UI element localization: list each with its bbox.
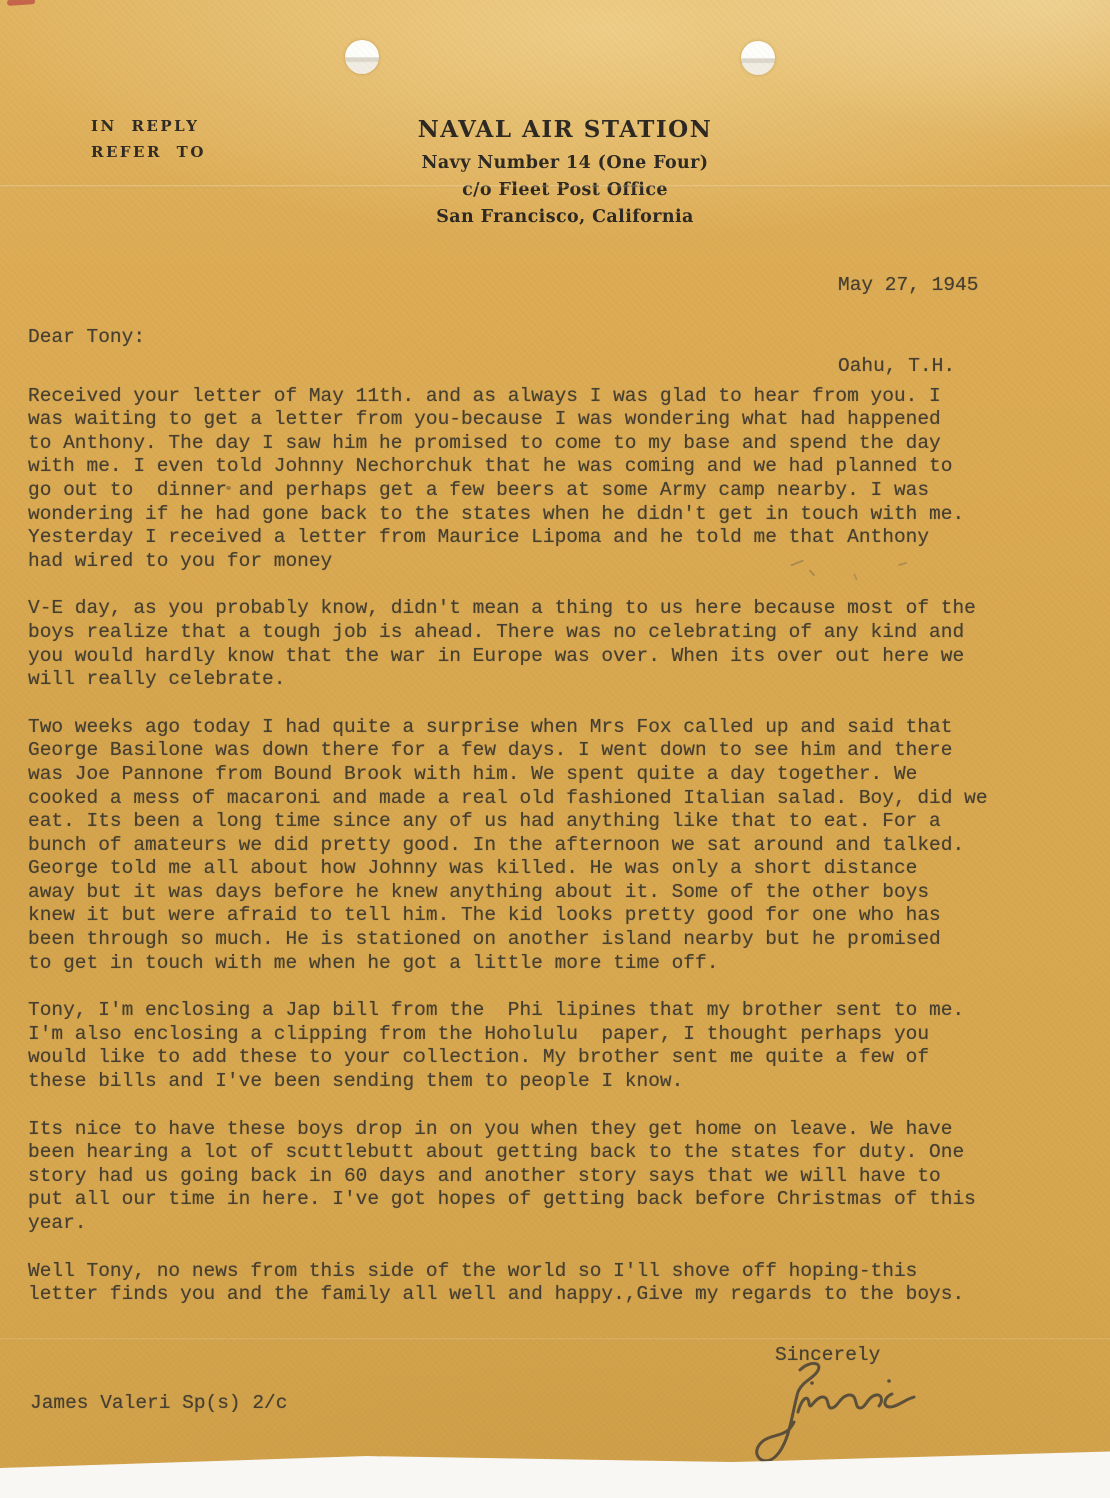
letter-paragraph-5: Its nice to have these boys drop in on y…: [28, 1118, 1078, 1236]
letter-paragraph-6: Well Tony, no news from this side of the…: [28, 1260, 1078, 1307]
letter-paragraph-2: V-E day, as you probably know, didn't me…: [28, 597, 1078, 691]
salutation: Dear Tony:: [28, 326, 1078, 350]
city-line: San Francisco, California: [330, 204, 800, 231]
reply-note-line1: IN REPLY: [91, 113, 206, 139]
typed-sender-name: James Valeri Sp(s) 2/c: [30, 1392, 287, 1414]
letter-paper: IN REPLY REFER TO NAVAL AIR STATION Navy…: [0, 0, 1110, 1498]
reply-note-line2: REFER TO: [91, 139, 206, 165]
letter-paragraph-1: Received your letter of May 11th. and as…: [28, 385, 1078, 574]
letter-body: Dear Tony: Received your letter of May 1…: [28, 326, 1078, 1331]
navy-number-line: Navy Number 14 (One Four): [330, 150, 800, 177]
letterhead: NAVAL AIR STATION Navy Number 14 (One Fo…: [330, 116, 800, 231]
station-name: NAVAL AIR STATION: [330, 116, 800, 143]
letter-paragraph-4: Tony, I'm enclosing a Jap bill from the …: [28, 999, 1078, 1093]
reply-note: IN REPLY REFER TO: [91, 113, 206, 165]
fleet-post-office-line: c/o Fleet Post Office: [330, 177, 800, 204]
paper-crease: [0, 1338, 1110, 1341]
scan-artifact-mark: [7, 0, 35, 6]
date-text: May 27, 1945: [838, 272, 978, 299]
letter-paragraph-3: Two weeks ago today I had quite a surpri…: [28, 716, 1078, 976]
ink-speck: [226, 486, 231, 490]
punch-hole-right: [741, 41, 775, 75]
handwritten-signature: [746, 1356, 946, 1466]
punch-hole-left: [345, 40, 379, 74]
